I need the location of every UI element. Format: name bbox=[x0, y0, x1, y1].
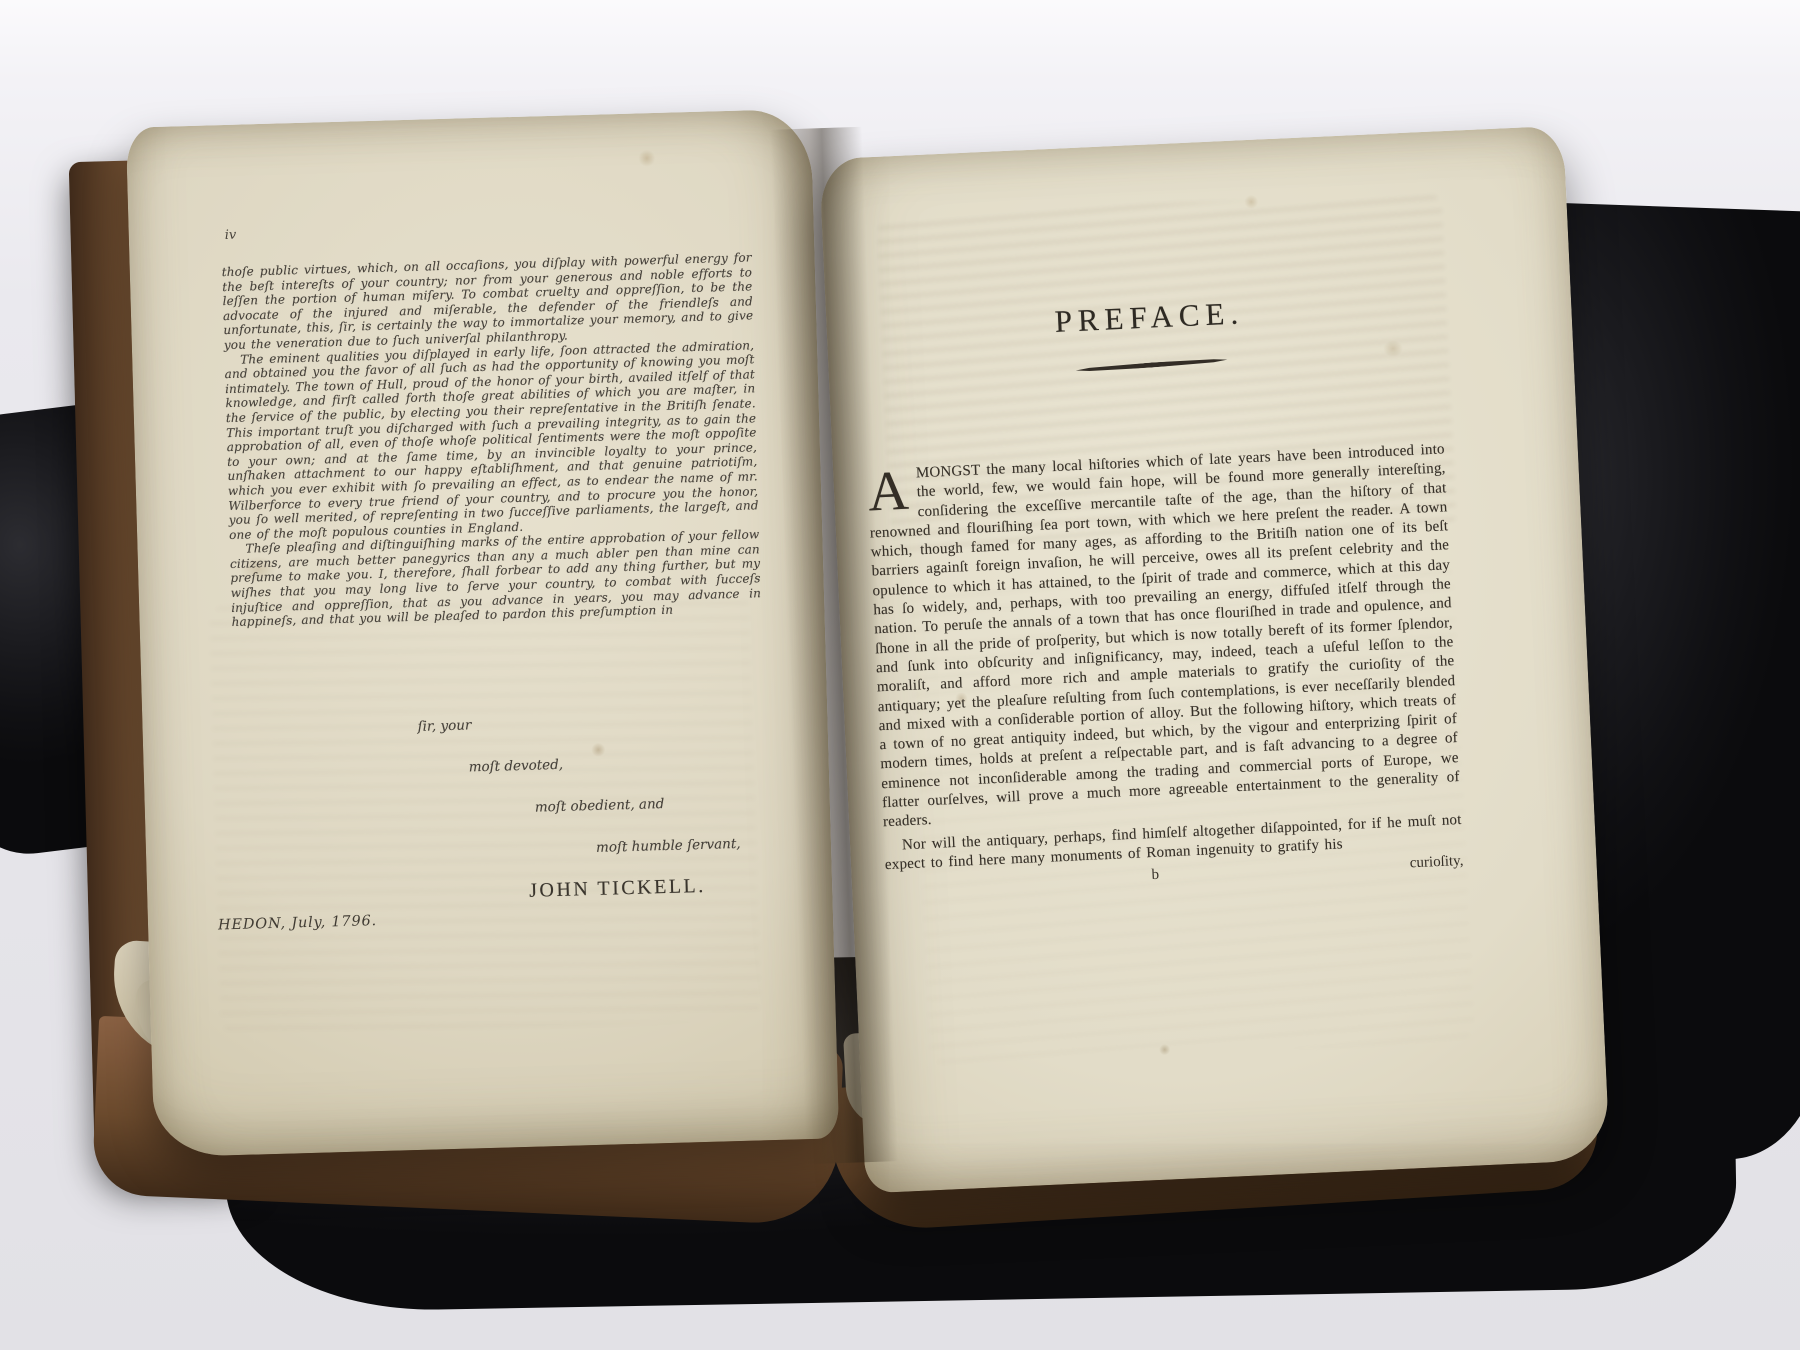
signature-mark: b bbox=[1151, 867, 1159, 884]
preface-paragraph-text: MONGST the many local hiſtories which of… bbox=[870, 441, 1460, 830]
preface-title: PREFACE. bbox=[860, 286, 1439, 350]
page-number: iv bbox=[225, 214, 751, 243]
dedication-text-block: iv thoſe public virtues, which, on all o… bbox=[221, 214, 770, 932]
photograph-of-open-antique-book: iv thoſe public virtues, which, on all o… bbox=[0, 0, 1800, 1350]
author-signature: JOHN TICKELL. bbox=[529, 873, 770, 902]
dedication-paragraph: The eminent qualities you diſplayed in e… bbox=[224, 338, 759, 542]
valediction-line: moſt humble ſervant, bbox=[596, 836, 768, 856]
catchword: curioſity, bbox=[1409, 853, 1463, 872]
dedication-paragraph: thoſe public virtues, which, on all occa… bbox=[222, 250, 754, 352]
dateline: HEDON, July, 1796. bbox=[218, 902, 770, 933]
valediction-line: moſt obedient, and bbox=[535, 794, 767, 815]
left-page: iv thoſe public virtues, which, on all o… bbox=[126, 109, 839, 1158]
decorative-swelled-rule bbox=[1076, 357, 1228, 373]
preface-text-block: PREFACE. AMONGST the many local hiſtorie… bbox=[859, 262, 1464, 902]
preface-paragraph: AMONGST the many local hiſtories which o… bbox=[867, 440, 1461, 832]
dedication-paragraph: Theſe pleaſing and diſtinguiſhing marks … bbox=[229, 528, 761, 630]
valediction-line: ſir, your bbox=[417, 710, 764, 735]
valediction-line: moſt devoted, bbox=[469, 752, 766, 775]
right-page: PREFACE. AMONGST the many local hiſtorie… bbox=[819, 126, 1610, 1194]
